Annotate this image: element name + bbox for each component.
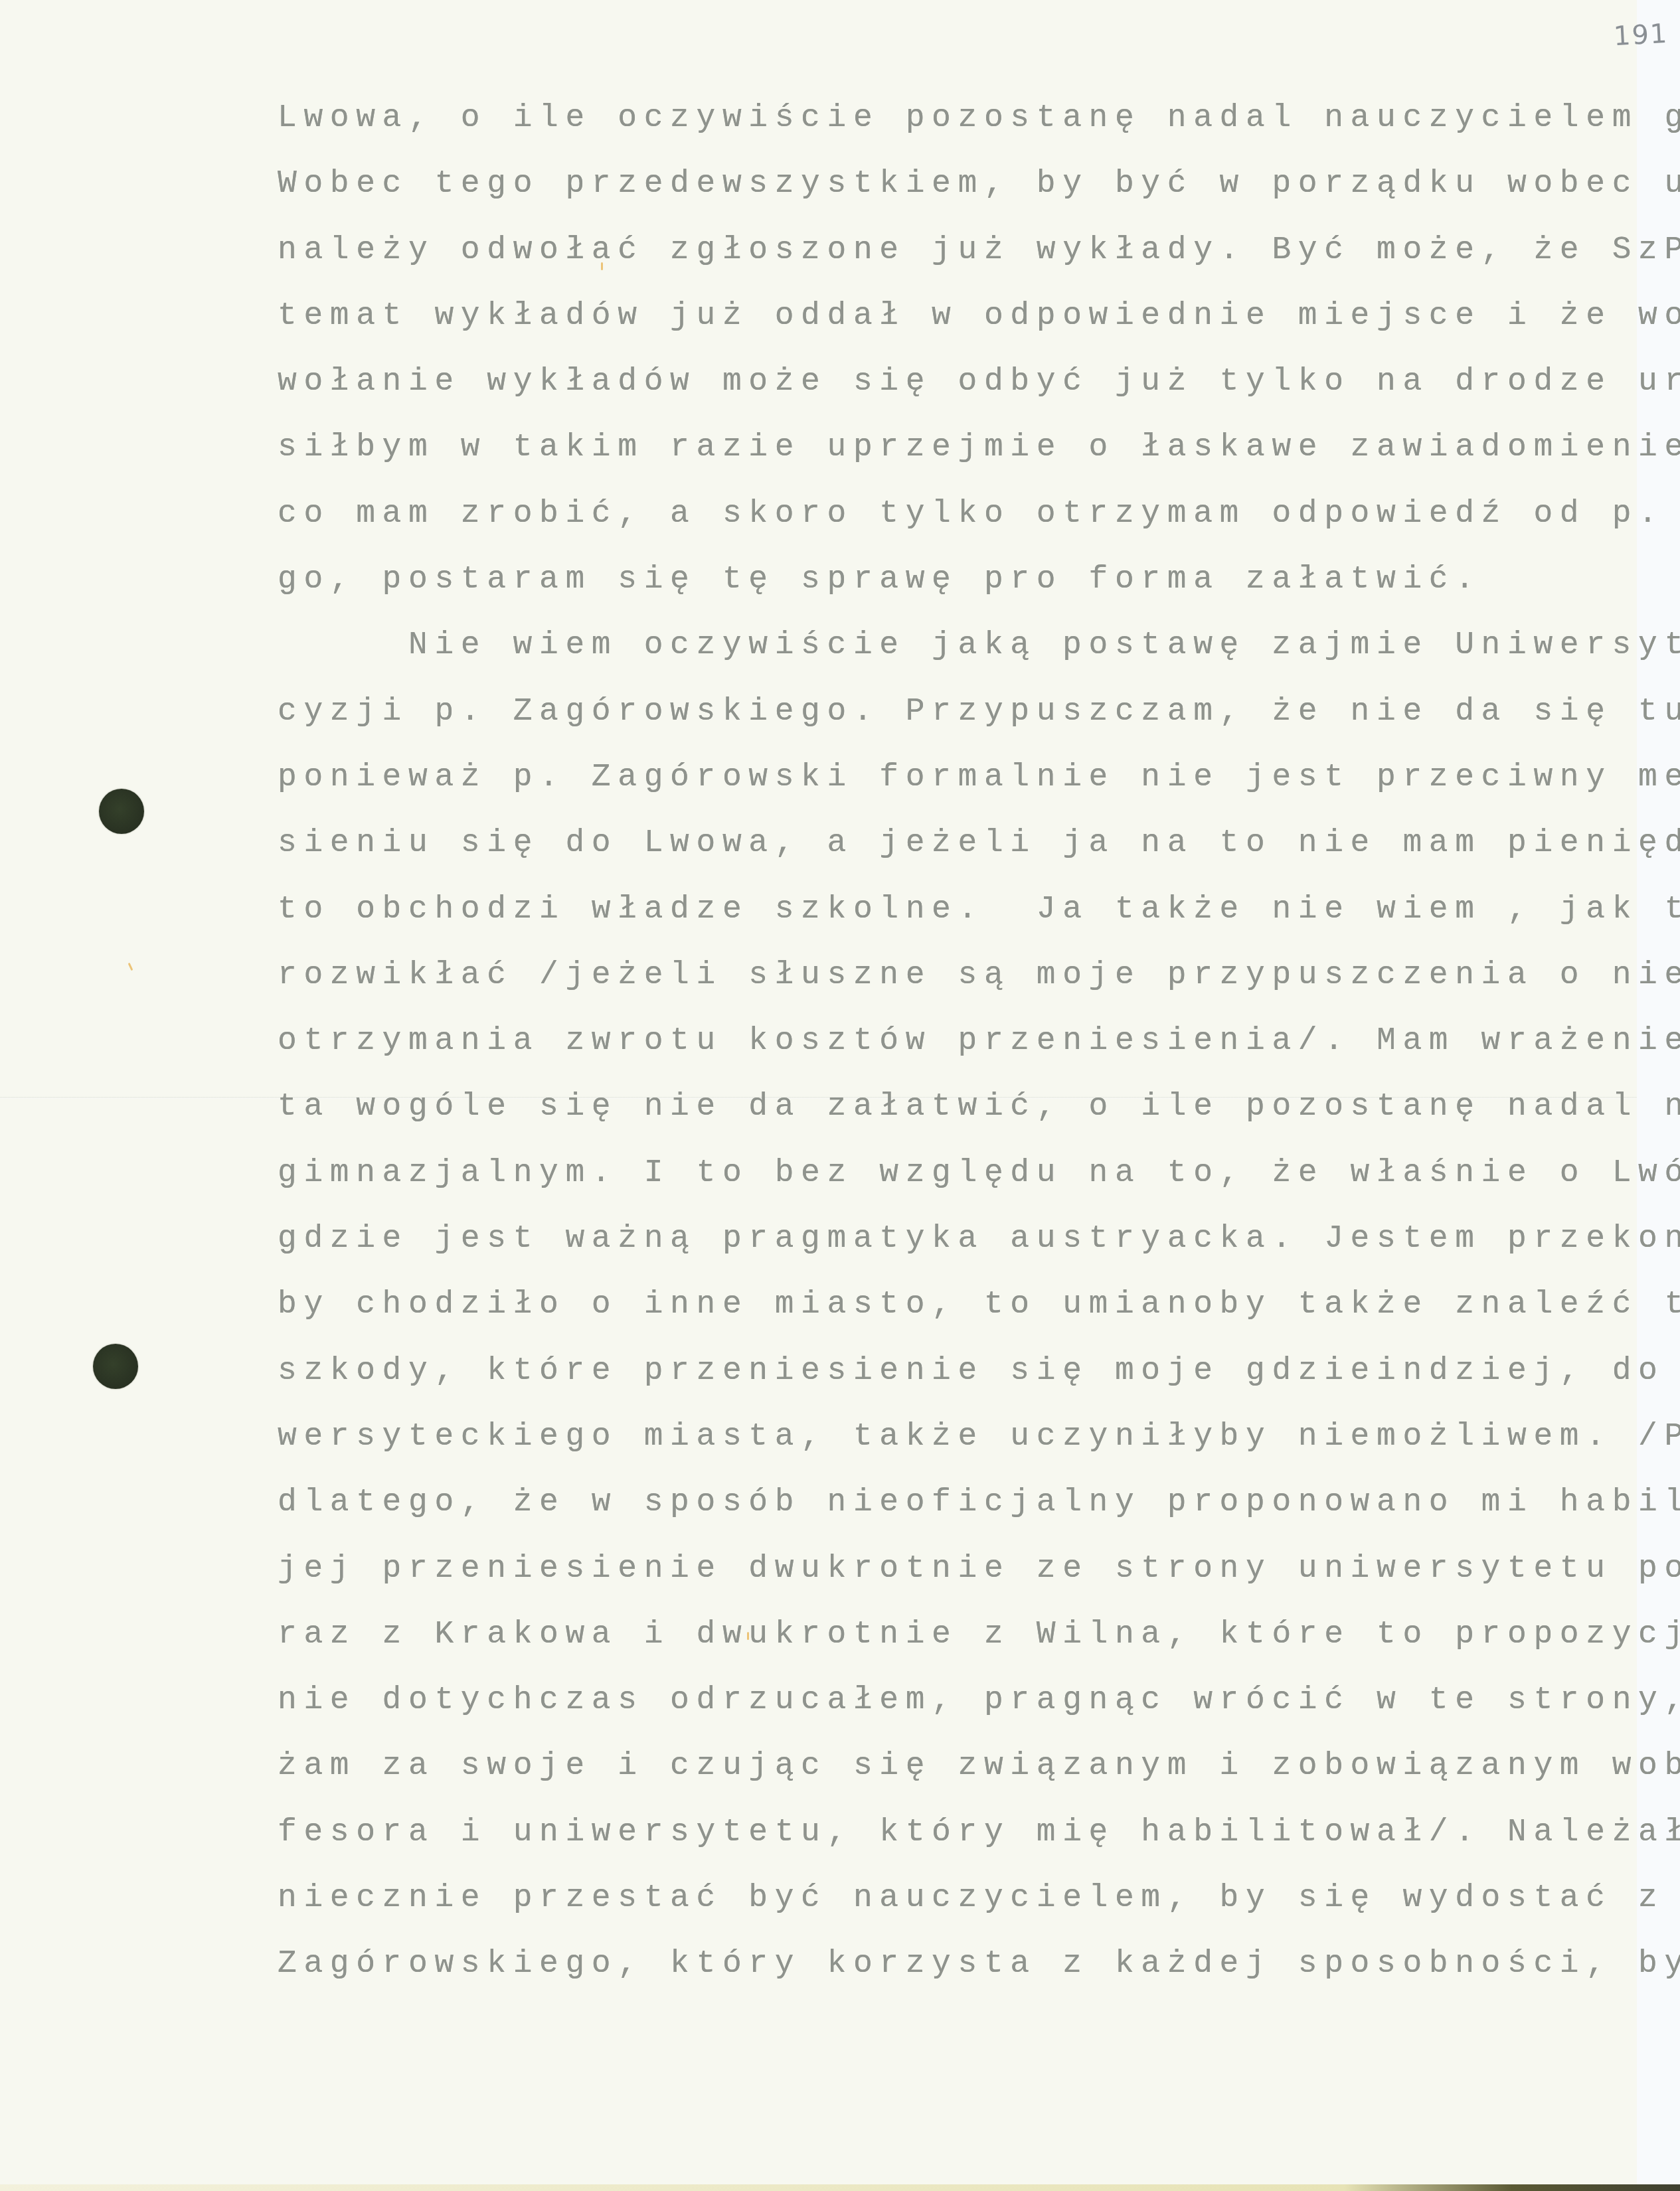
text-line: ponieważ p. Zagórowski formalnie nie jes… xyxy=(278,752,1659,818)
text-line: szkody, które przeniesienie się moje gdz… xyxy=(278,1346,1659,1412)
text-line: go, postaram się tę sprawę pro forma zał… xyxy=(278,554,1659,620)
text-line: cyzji p. Zagórowskiego. Przypuszczam, że… xyxy=(278,687,1659,752)
text-line: rozwikłać /jeżeli słuszne są moje przypu… xyxy=(278,950,1659,1016)
text-line: nie dotychczas odrzucałem, pragnąc wróci… xyxy=(278,1675,1659,1741)
punch-hole-icon xyxy=(93,1344,138,1389)
text-line: wersyteckiego miasta, także uczyniłyby n… xyxy=(278,1412,1659,1477)
text-line: siłbym w takim razie uprzejmie o łaskawe… xyxy=(278,422,1659,488)
text-line: Lwowa, o ile oczywiście pozostanę nadal … xyxy=(278,93,1659,159)
typewritten-letter-body: Lwowa, o ile oczywiście pozostanę nadal … xyxy=(278,93,1659,2005)
text-line: sieniu się do Lwowa, a jeżeli ja na to n… xyxy=(278,818,1659,884)
text-line: Nie wiem oczywiście jaką postawę zajmie … xyxy=(278,620,1659,686)
text-line: raz z Krakowa i dwukrotnie z Wilna, któr… xyxy=(278,1609,1659,1675)
text-line: wołanie wykładów może się odbyć już tylk… xyxy=(278,357,1659,422)
text-line: gimnazjalnym. I to bez względu na to, że… xyxy=(278,1148,1659,1214)
text-line: Zagórowskiego, który korzysta z każdej s… xyxy=(278,1939,1659,2004)
text-line: dlatego, że w sposób nieoficjalny propon… xyxy=(278,1477,1659,1543)
handwritten-page-number: 191 xyxy=(1613,19,1669,52)
scan-bottom-edge xyxy=(0,2184,1680,2191)
text-line: by chodziło o inne miasto, to umianoby t… xyxy=(278,1279,1659,1345)
text-line: temat wykładów już oddał w odpowiednie m… xyxy=(278,291,1659,357)
text-line: ta wogóle się nie da załatwić, o ile poz… xyxy=(278,1082,1659,1147)
text-line: gdzie jest ważną pragmatyka austryacka. … xyxy=(278,1214,1659,1279)
text-line: żam za swoje i czując się związanym i zo… xyxy=(278,1741,1659,1807)
text-line: to obchodzi władze szkolne. Ja także nie… xyxy=(278,884,1659,950)
text-line: jej przeniesienie dwukrotnie ze strony u… xyxy=(278,1544,1659,1609)
text-line: niecznie przestać być nauczycielem, by s… xyxy=(278,1873,1659,1939)
text-line: fesora i uniwersytetu, który mię habilit… xyxy=(278,1807,1659,1873)
text-line: otrzymania zwrotu kosztów przeniesienia/… xyxy=(278,1016,1659,1082)
punch-hole-icon xyxy=(99,789,144,834)
text-line: co mam zrobić, a skoro tylko otrzymam od… xyxy=(278,489,1659,554)
text-line: należy odwołać zgłoszone już wykłady. By… xyxy=(278,225,1659,291)
text-line: Wobec tego przedewszystkiem, by być w po… xyxy=(278,159,1659,224)
